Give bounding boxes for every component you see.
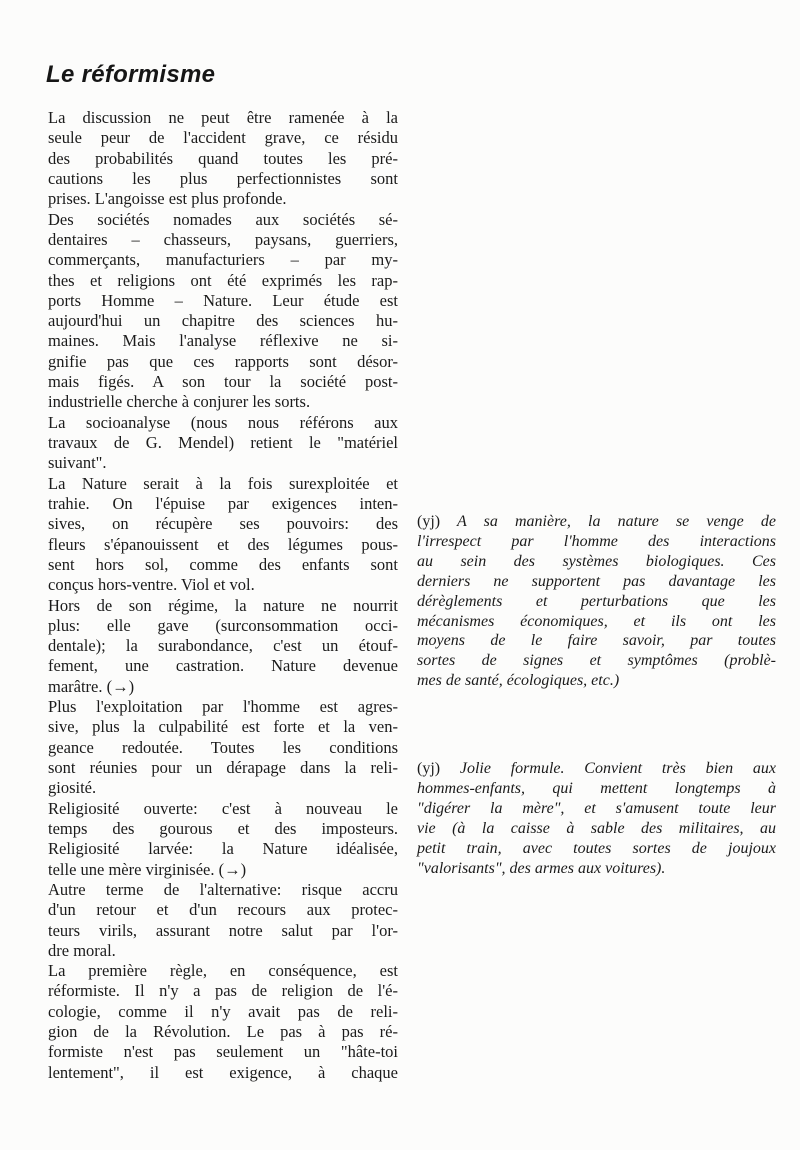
text-line: formiste n'est pas seulement un "hâte-to… xyxy=(48,1042,398,1062)
paragraph: Religiosité ouverte: c'est à nouveau let… xyxy=(48,799,398,880)
text-line: sent hors sol, comme des enfants sont xyxy=(48,555,398,575)
text-line: prises. L'angoisse est plus profonde. xyxy=(48,189,398,209)
text-line: temps des gourous et des imposteurs. xyxy=(48,819,398,839)
text-line: thes et religions ont été exprimés les r… xyxy=(48,271,398,291)
margin-note: (yj) Jolie formule. Convient très bien a… xyxy=(417,759,776,878)
text-line: sives, on récupère ses pouvoirs: des xyxy=(48,514,398,534)
annotator-marker: (yj) xyxy=(417,760,440,777)
text-line: teurs virils, assurant notre salut par l… xyxy=(48,921,398,941)
paragraph: Plus l'exploitation par l'homme est agre… xyxy=(48,697,398,799)
note-line: moyens de le faire savoir, par toutes xyxy=(417,631,776,651)
text-line: lentement", il est exigence, à chaque xyxy=(48,1063,398,1083)
text-line: La discussion ne peut être ramenée à la xyxy=(48,108,398,128)
main-text-column: La discussion ne peut être ramenée à las… xyxy=(48,108,398,1083)
text-line: mais figés. A son tour la société post- xyxy=(48,372,398,392)
text-line: d'un retour et d'un recours aux protec- xyxy=(48,900,398,920)
text-line: seule peur de l'accident grave, ce résid… xyxy=(48,128,398,148)
note-line: petit train, avec toutes sortes de joujo… xyxy=(417,839,776,859)
text-line: geance redoutée. Toutes les conditions xyxy=(48,738,398,758)
text-line: réformiste. Il n'y a pas de religion de … xyxy=(48,981,398,1001)
text-line: Religiosité ouverte: c'est à nouveau le xyxy=(48,799,398,819)
text-line: sive, plus la culpabilité est forte et l… xyxy=(48,717,398,737)
text-line: dre moral. xyxy=(48,941,398,961)
note-line: sortes de signes et symptômes (problè- xyxy=(417,651,776,671)
text-line: conçus hors-ventre. Viol et vol. xyxy=(48,575,398,595)
text-line: plus: elle gave (surconsommation occi- xyxy=(48,616,398,636)
text-line: dentaires – chasseurs, paysans, guerrier… xyxy=(48,230,398,250)
text-line: cautions les plus perfectionnistes sont xyxy=(48,169,398,189)
text-line: La Nature serait à la fois surexploitée … xyxy=(48,474,398,494)
text-line: suivant". xyxy=(48,453,398,473)
text-line: gnifie pas que ces rapports sont désor- xyxy=(48,352,398,372)
text-line: commerçants, manufacturiers – par my- xyxy=(48,250,398,270)
note-line: vie (à la caisse à sable des militaires,… xyxy=(417,819,776,839)
note-line: hommes-enfants, qui mettent longtemps à xyxy=(417,779,776,799)
note-line: "digérer la mère", et s'amusent toute le… xyxy=(417,799,776,819)
paragraph: La socioanalyse (nous nous référons auxt… xyxy=(48,413,398,474)
section-title: Le réformisme xyxy=(46,61,215,89)
text-line: fleurs s'épanouissent et des légumes pou… xyxy=(48,535,398,555)
paragraph: La Nature serait à la fois surexploitée … xyxy=(48,474,398,596)
text-line: Des sociétés nomades aux sociétés sé- xyxy=(48,210,398,230)
note-line: derniers ne supportent pas davantage les xyxy=(417,572,776,592)
paragraph: Autre terme de l'alternative: risque acc… xyxy=(48,880,398,961)
margin-note: (yj) A sa manière, la nature se venge de… xyxy=(417,512,776,691)
paragraph: La discussion ne peut être ramenée à las… xyxy=(48,108,398,210)
note-line: "valorisants", des armes aux voitures). xyxy=(417,859,776,879)
note-line: (yj) Jolie formule. Convient très bien a… xyxy=(417,759,776,779)
text-line: travaux de G. Mendel) retient le "matéri… xyxy=(48,433,398,453)
text-line: gion de la Révolution. Le pas à pas ré- xyxy=(48,1022,398,1042)
note-line: (yj) A sa manière, la nature se venge de xyxy=(417,512,776,532)
text-line: giosité. xyxy=(48,778,398,798)
text-line: La socioanalyse (nous nous référons aux xyxy=(48,413,398,433)
text-line: maines. Mais l'analyse réflexive ne si- xyxy=(48,331,398,351)
text-line: fement, une castration. Nature devenue xyxy=(48,656,398,676)
note-line: mécanismes économiques, et ils ont les xyxy=(417,612,776,632)
annotator-marker: (yj) xyxy=(417,513,440,530)
text-line: ports Homme – Nature. Leur étude est xyxy=(48,291,398,311)
text-line: Religiosité larvée: la Nature idéalisée, xyxy=(48,839,398,859)
text-line: marâtre. (→) xyxy=(48,677,398,697)
text-line: trahie. On l'épuise par exigences inten- xyxy=(48,494,398,514)
text-line: cologie, comme il n'y avait pas de reli- xyxy=(48,1002,398,1022)
text-line: Plus l'exploitation par l'homme est agre… xyxy=(48,697,398,717)
text-line: sont réunies pour un dérapage dans la re… xyxy=(48,758,398,778)
document-page: Le réformisme La discussion ne peut être… xyxy=(0,0,800,1150)
note-line: mes de santé, écologiques, etc.) xyxy=(417,671,776,691)
text-line: dentale); la surabondance, c'est un étou… xyxy=(48,636,398,656)
paragraph: Hors de son régime, la nature ne nourrit… xyxy=(48,596,398,698)
paragraph: La première règle, en conséquence, estré… xyxy=(48,961,398,1083)
text-line: La première règle, en conséquence, est xyxy=(48,961,398,981)
text-line: aujourd'hui un chapitre des sciences hu- xyxy=(48,311,398,331)
note-line: dérèglements et perturbations que les xyxy=(417,592,776,612)
note-line: l'irrespect par l'homme des interactions xyxy=(417,532,776,552)
text-line: industrielle cherche à conjurer les sort… xyxy=(48,392,398,412)
note-line: au sein des systèmes biologiques. Ces xyxy=(417,552,776,572)
paragraph: Des sociétés nomades aux sociétés sé-den… xyxy=(48,210,398,413)
text-line: Autre terme de l'alternative: risque acc… xyxy=(48,880,398,900)
text-line: des probabilités quand toutes les pré- xyxy=(48,149,398,169)
text-line: telle une mère virginisée. (→) xyxy=(48,860,398,880)
text-line: Hors de son régime, la nature ne nourrit xyxy=(48,596,398,616)
